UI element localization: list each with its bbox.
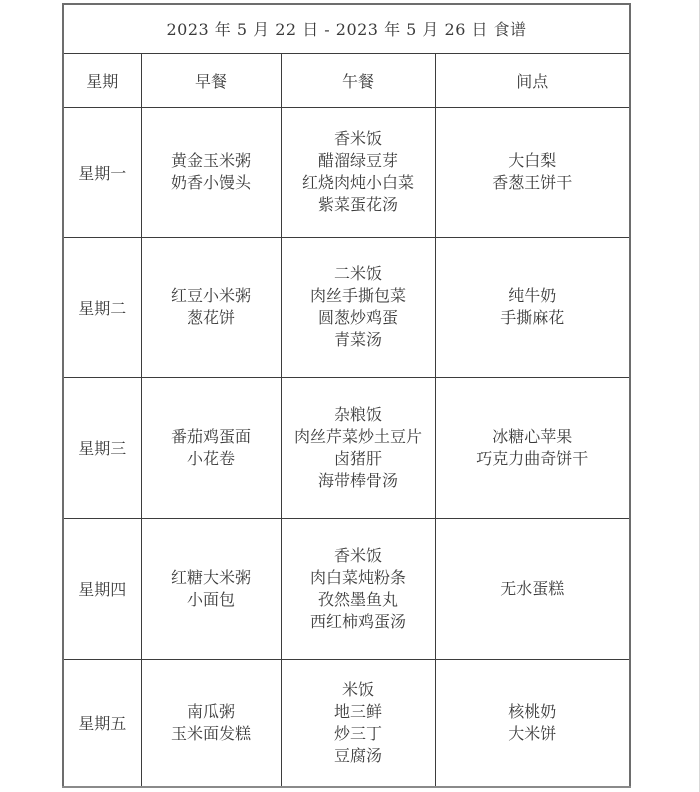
day-cell: 星期二 — [63, 237, 141, 377]
meal-item: 肉丝手撕包菜 — [284, 285, 433, 307]
meal-item: 手撕麻花 — [438, 307, 628, 329]
meal-item: 豆腐汤 — [284, 745, 433, 767]
breakfast-cell: 红糖大米粥小面包 — [141, 518, 281, 659]
lunch-cell: 杂粮饭肉丝芹菜炒土豆片卤猪肝海带棒骨汤 — [281, 377, 435, 518]
meal-item: 葱花饼 — [144, 307, 279, 329]
snack-cell: 纯牛奶手撕麻花 — [435, 237, 630, 377]
meal-item: 玉米面发糕 — [144, 723, 279, 745]
meal-item: 孜然墨鱼丸 — [284, 589, 433, 611]
table-header-row: 星期 早餐 午餐 间点 — [63, 53, 630, 107]
meal-item: 大白梨 — [438, 150, 628, 172]
meal-item: 冰糖心苹果 — [438, 426, 628, 448]
menu-row: 星期一 黄金玉米粥奶香小馒头 香米饭醋溜绿豆芽红烧肉炖小白菜紫菜蛋花汤 大白梨香… — [63, 107, 630, 237]
day-cell: 星期四 — [63, 518, 141, 659]
meal-item: 核桃奶 — [438, 701, 628, 723]
meal-item: 香葱王饼干 — [438, 172, 628, 194]
breakfast-cell: 番茄鸡蛋面小花卷 — [141, 377, 281, 518]
breakfast-cell: 南瓜粥玉米面发糕 — [141, 659, 281, 787]
meal-item: 西红柿鸡蛋汤 — [284, 611, 433, 633]
menu-row: 星期三 番茄鸡蛋面小花卷 杂粮饭肉丝芹菜炒土豆片卤猪肝海带棒骨汤 冰糖心苹果巧克… — [63, 377, 630, 518]
day-cell: 星期三 — [63, 377, 141, 518]
snack-cell: 大白梨香葱王饼干 — [435, 107, 630, 237]
meal-item: 香米饭 — [284, 545, 433, 567]
meal-item: 香米饭 — [284, 128, 433, 150]
day-cell: 星期五 — [63, 659, 141, 787]
meal-item: 卤猪肝 — [284, 448, 433, 470]
meal-item: 米饭 — [284, 679, 433, 701]
lunch-cell: 香米饭肉白菜炖粉条孜然墨鱼丸西红柿鸡蛋汤 — [281, 518, 435, 659]
meal-item: 地三鲜 — [284, 701, 433, 723]
day-cell: 星期一 — [63, 107, 141, 237]
meal-item: 小面包 — [144, 589, 279, 611]
snack-cell: 无水蛋糕 — [435, 518, 630, 659]
lunch-cell: 二米饭肉丝手撕包菜圆葱炒鸡蛋青菜汤 — [281, 237, 435, 377]
menu-row: 星期四 红糖大米粥小面包 香米饭肉白菜炖粉条孜然墨鱼丸西红柿鸡蛋汤 无水蛋糕 — [63, 518, 630, 659]
meal-item: 醋溜绿豆芽 — [284, 150, 433, 172]
meal-item: 纯牛奶 — [438, 285, 628, 307]
meal-item: 大米饼 — [438, 723, 628, 745]
meal-item: 肉丝芹菜炒土豆片 — [284, 426, 433, 448]
meal-item: 海带棒骨汤 — [284, 470, 433, 492]
meal-item: 二米饭 — [284, 263, 433, 285]
table-title-row: 2023 年 5 月 22 日 - 2023 年 5 月 26 日 食谱 — [63, 4, 630, 53]
lunch-cell: 香米饭醋溜绿豆芽红烧肉炖小白菜紫菜蛋花汤 — [281, 107, 435, 237]
meal-item: 巧克力曲奇饼干 — [438, 448, 628, 470]
document-page: 2023 年 5 月 22 日 - 2023 年 5 月 26 日 食谱 星期 … — [0, 0, 700, 792]
header-breakfast: 早餐 — [141, 53, 281, 107]
lunch-cell: 米饭地三鲜炒三丁豆腐汤 — [281, 659, 435, 787]
meal-item: 小花卷 — [144, 448, 279, 470]
snack-cell: 冰糖心苹果巧克力曲奇饼干 — [435, 377, 630, 518]
meal-item: 南瓜粥 — [144, 701, 279, 723]
weekly-menu-table: 2023 年 5 月 22 日 - 2023 年 5 月 26 日 食谱 星期 … — [62, 3, 631, 788]
meal-item: 奶香小馒头 — [144, 172, 279, 194]
meal-item: 红豆小米粥 — [144, 285, 279, 307]
meal-item: 无水蛋糕 — [438, 578, 628, 600]
header-day: 星期 — [63, 53, 141, 107]
snack-cell: 核桃奶大米饼 — [435, 659, 630, 787]
meal-item: 紫菜蛋花汤 — [284, 194, 433, 216]
meal-item: 杂粮饭 — [284, 404, 433, 426]
meal-item: 红烧肉炖小白菜 — [284, 172, 433, 194]
meal-item: 肉白菜炖粉条 — [284, 567, 433, 589]
meal-item: 番茄鸡蛋面 — [144, 426, 279, 448]
menu-title: 2023 年 5 月 22 日 - 2023 年 5 月 26 日 食谱 — [63, 4, 630, 53]
header-lunch: 午餐 — [281, 53, 435, 107]
menu-row: 星期二 红豆小米粥葱花饼 二米饭肉丝手撕包菜圆葱炒鸡蛋青菜汤 纯牛奶手撕麻花 — [63, 237, 630, 377]
menu-table-body: 星期一 黄金玉米粥奶香小馒头 香米饭醋溜绿豆芽红烧肉炖小白菜紫菜蛋花汤 大白梨香… — [63, 107, 630, 787]
breakfast-cell: 红豆小米粥葱花饼 — [141, 237, 281, 377]
menu-row: 星期五 南瓜粥玉米面发糕 米饭地三鲜炒三丁豆腐汤 核桃奶大米饼 — [63, 659, 630, 787]
meal-item: 圆葱炒鸡蛋 — [284, 307, 433, 329]
meal-item: 黄金玉米粥 — [144, 150, 279, 172]
meal-item: 炒三丁 — [284, 723, 433, 745]
breakfast-cell: 黄金玉米粥奶香小馒头 — [141, 107, 281, 237]
header-snack: 间点 — [435, 53, 630, 107]
meal-item: 红糖大米粥 — [144, 567, 279, 589]
meal-item: 青菜汤 — [284, 329, 433, 351]
